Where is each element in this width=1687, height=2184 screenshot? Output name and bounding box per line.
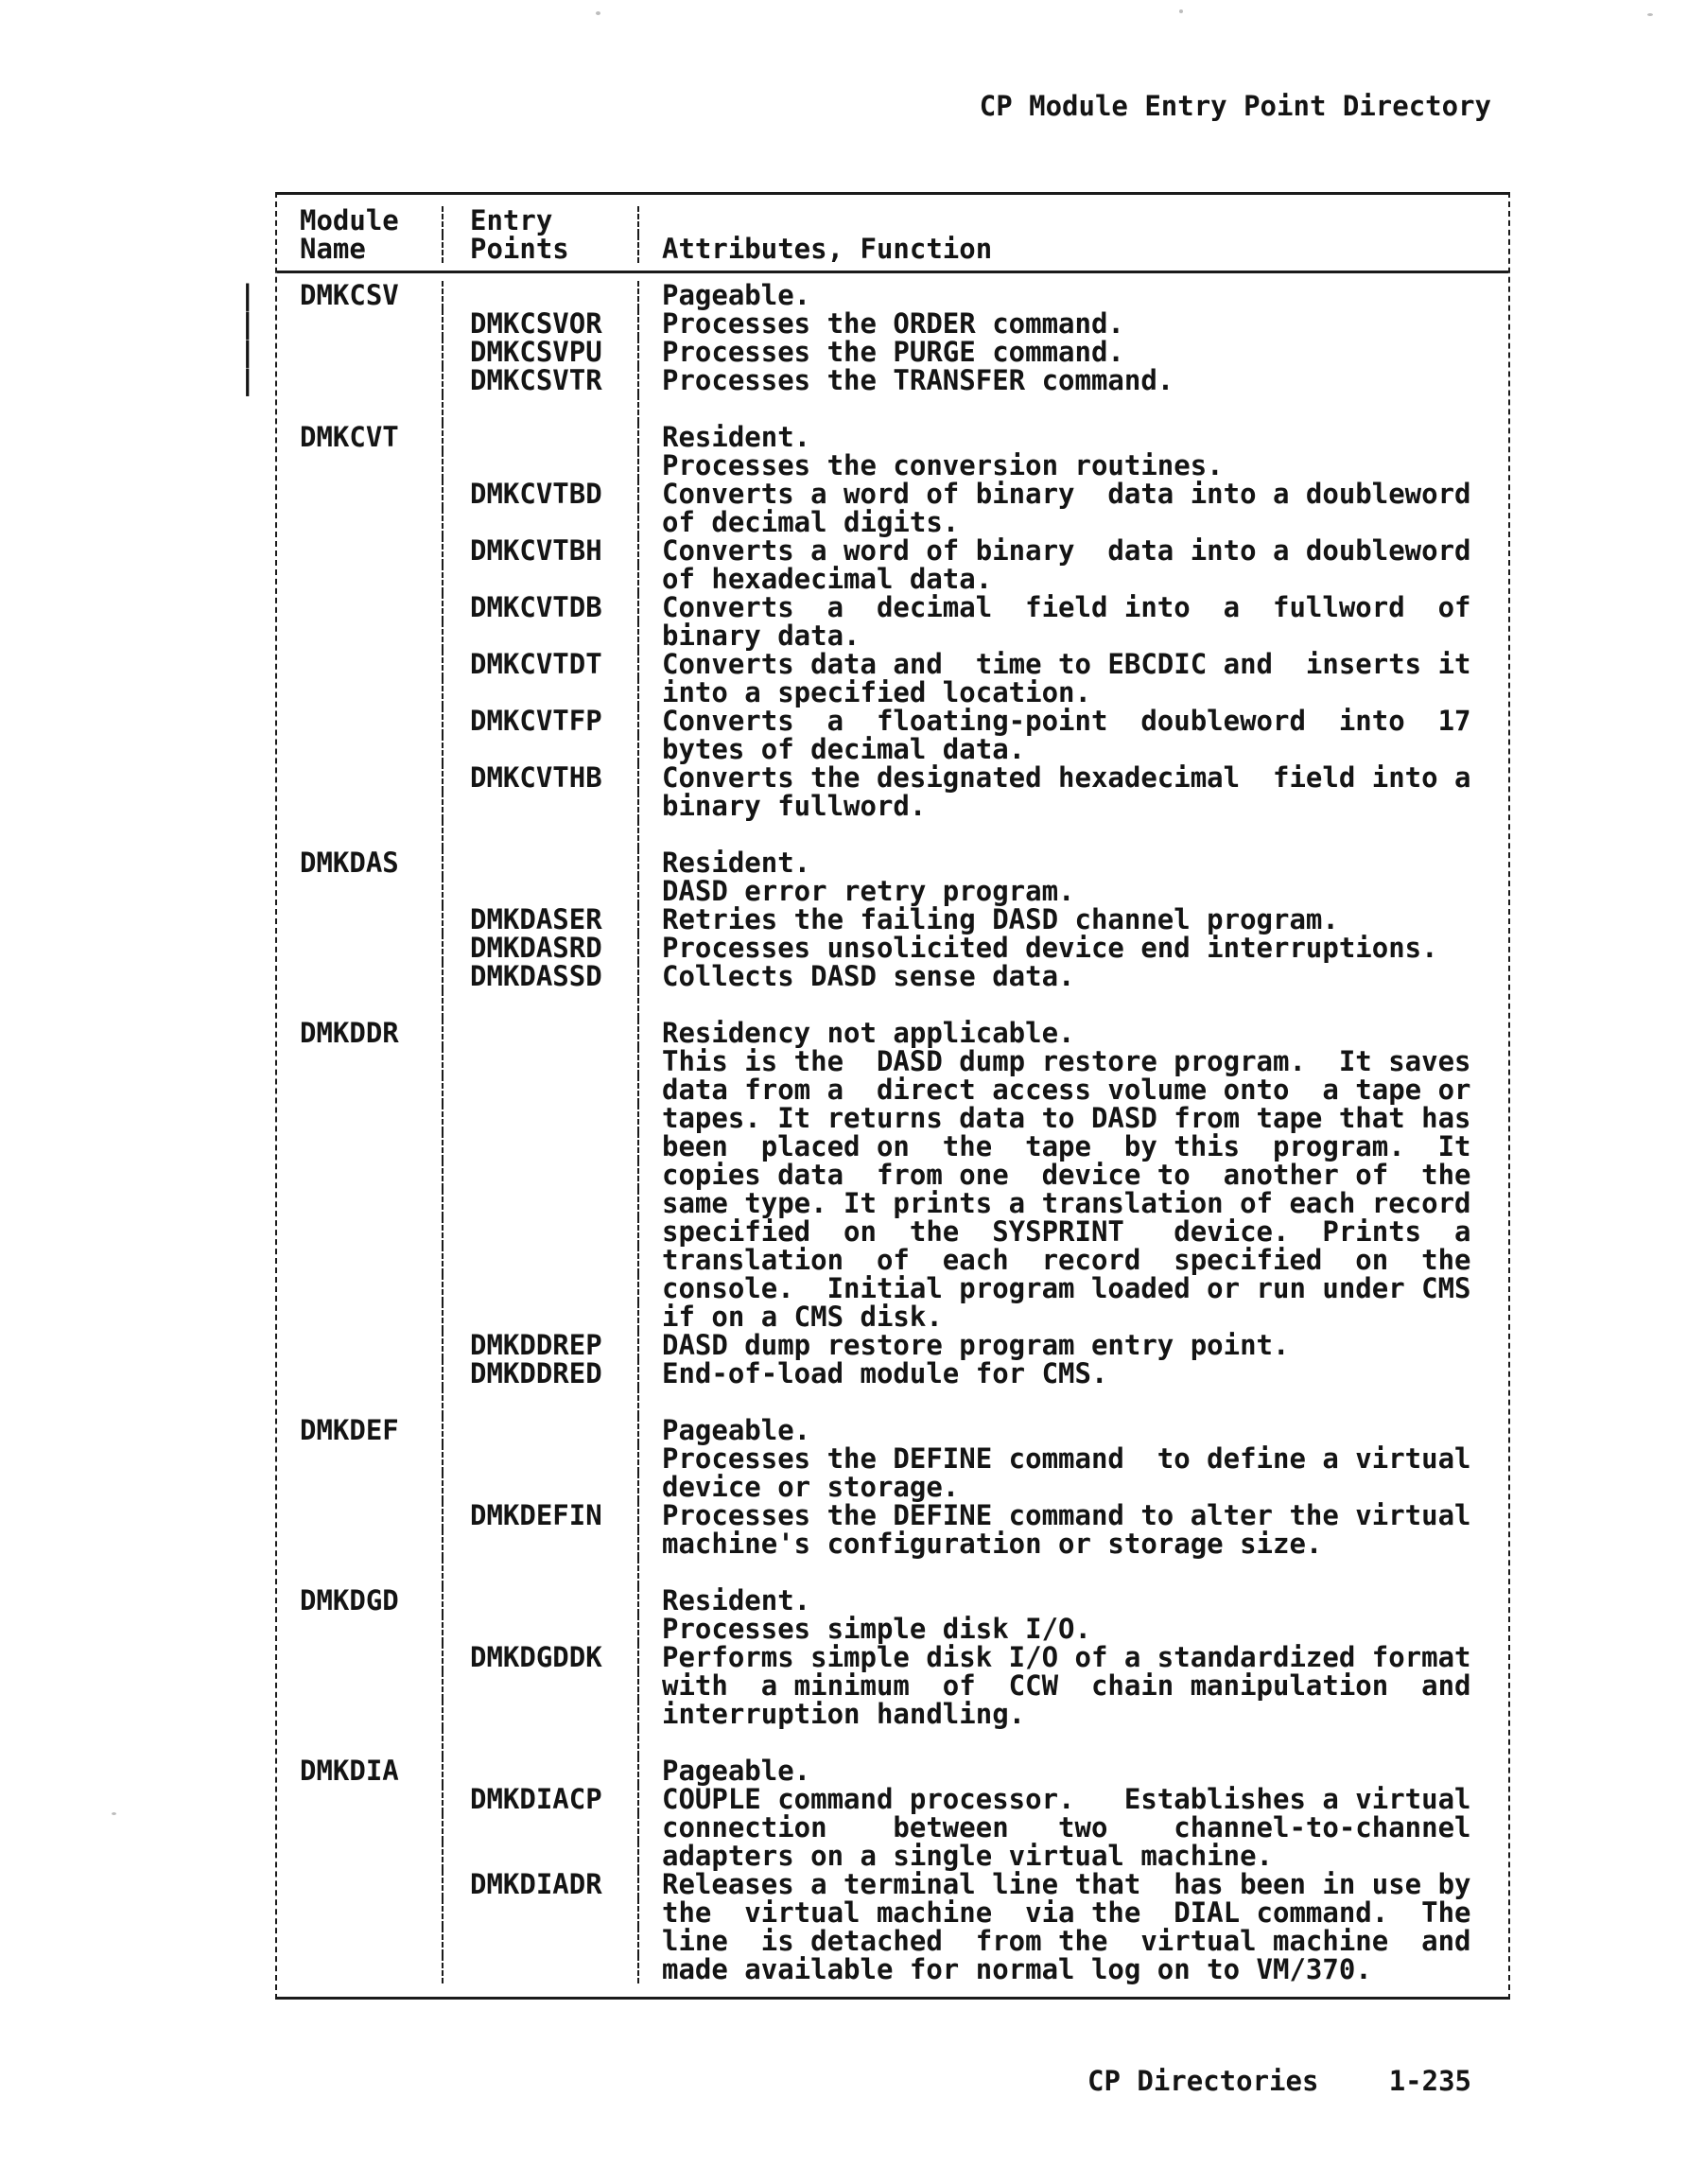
table-row: same type. It prints a translation of ea… <box>277 1189 1508 1217</box>
function-text-cell: Pageable. <box>637 1756 1508 1785</box>
function-text-cell: been placed on the tape by this program.… <box>637 1132 1508 1161</box>
entry-point-cell: DMKDASRD <box>442 934 637 962</box>
function-text-cell: same type. It prints a translation of ea… <box>637 1189 1508 1217</box>
entry-point-cell <box>442 1586 637 1615</box>
entry-point-cell <box>442 508 637 536</box>
entry-point-cell <box>442 735 637 763</box>
table-row: DMKDEFPageable. <box>277 1416 1508 1444</box>
function-text-cell: Performs simple disk I/O of a standardiz… <box>637 1643 1508 1671</box>
function-text-cell: Processes simple disk I/O. <box>637 1615 1508 1643</box>
entry-point-cell <box>442 394 637 423</box>
footer-section-title: CP Directories <box>1087 2066 1318 2096</box>
entry-point-cell <box>442 1529 637 1558</box>
entry-point-cell <box>442 1189 637 1217</box>
entry-point-cell: DMKCVTDT <box>442 650 637 678</box>
table-row: data from a direct access volume onto a … <box>277 1075 1508 1104</box>
function-text-cell: bytes of decimal data. <box>637 735 1508 763</box>
entry-point-cell: DMKDGDDK <box>442 1643 637 1671</box>
function-text-cell: Residency not applicable. <box>637 1019 1508 1047</box>
table-row: line is detached from the virtual machin… <box>277 1927 1508 1955</box>
scan-speck <box>112 1812 116 1815</box>
table-row <box>277 394 1508 423</box>
scan-speck <box>1179 9 1183 13</box>
entry-point-cell <box>442 877 637 905</box>
column-header-entry: Entry <box>442 206 637 235</box>
entry-point-cell <box>442 1756 637 1785</box>
entry-point-cell <box>442 1842 637 1870</box>
table-header-row: Module Entry <box>277 206 1508 235</box>
scan-speck <box>1647 13 1653 16</box>
module-name-cell <box>277 1473 442 1501</box>
scan-speck <box>596 11 600 15</box>
page-title: CP Module Entry Point Directory <box>980 91 1491 121</box>
module-name-cell <box>277 1501 442 1529</box>
table-row <box>277 990 1508 1019</box>
module-name-cell <box>277 366 442 394</box>
table-row: DMKDGDDKPerforms simple disk I/O of a st… <box>277 1643 1508 1671</box>
module-name-cell <box>277 1331 442 1359</box>
function-text-cell: Converts a word of binary data into a do… <box>637 536 1508 565</box>
column-header-attributes <box>637 206 1508 235</box>
module-name-cell <box>277 1047 442 1075</box>
module-name-cell <box>277 962 442 990</box>
function-text-cell: the virtual machine via the DIAL command… <box>637 1898 1508 1927</box>
entry-point-cell <box>442 1700 637 1728</box>
function-text-cell: Processes the TRANSFER command. <box>637 366 1508 394</box>
function-text-cell: machine's configuration or storage size. <box>637 1529 1508 1558</box>
function-text-cell: if on a CMS disk. <box>637 1302 1508 1331</box>
function-text-cell: specified on the SYSPRINT device. Prints… <box>637 1217 1508 1246</box>
table-row: if on a CMS disk. <box>277 1302 1508 1331</box>
function-text-cell: Pageable. <box>637 281 1508 309</box>
table-row: |DMKCSVPageable. <box>277 281 1508 309</box>
module-name-cell <box>277 678 442 707</box>
module-name-cell: DMKDIA <box>277 1756 442 1785</box>
entry-point-cell <box>442 1302 637 1331</box>
function-text-cell <box>637 1558 1508 1586</box>
table-row: into a specified location. <box>277 678 1508 707</box>
module-name-cell <box>277 934 442 962</box>
function-text-cell: translation of each record specified on … <box>637 1246 1508 1274</box>
table-row: machine's configuration or storage size. <box>277 1529 1508 1558</box>
table-row <box>277 820 1508 848</box>
module-name-cell <box>277 1927 442 1955</box>
table-row: DMKCVTFPConverts a floating-point double… <box>277 707 1508 735</box>
function-text-cell: adapters on a single virtual machine. <box>637 1842 1508 1870</box>
table-row: DMKDASSDCollects DASD sense data. <box>277 962 1508 990</box>
function-text-cell: Collects DASD sense data. <box>637 962 1508 990</box>
module-name-cell <box>277 1785 442 1813</box>
module-name-cell <box>277 820 442 848</box>
table-row: DMKDASERRetries the failing DASD channel… <box>277 905 1508 934</box>
module-name-cell <box>277 1529 442 1558</box>
module-name-cell <box>277 1217 442 1246</box>
module-name-cell <box>277 565 442 593</box>
entry-point-cell <box>442 678 637 707</box>
module-directory-table: Module Entry Name Points Attributes, Fun… <box>275 192 1510 2000</box>
function-text-cell: Processes the DEFINE command to alter th… <box>637 1501 1508 1529</box>
module-name-cell <box>277 480 442 508</box>
module-name-cell <box>277 1274 442 1302</box>
entry-point-cell: DMKCVTFP <box>442 707 637 735</box>
entry-point-cell <box>442 1019 637 1047</box>
entry-point-cell: DMKDASER <box>442 905 637 934</box>
table-row: made available for normal log on to VM/3… <box>277 1955 1508 1983</box>
entry-point-cell: DMKDDREP <box>442 1331 637 1359</box>
entry-point-cell <box>442 621 637 650</box>
module-name-cell <box>277 1813 442 1842</box>
entry-point-cell <box>442 1075 637 1104</box>
table-body: |DMKCSVPageable.|DMKCSVORProcesses the O… <box>277 273 1508 1997</box>
table-row: This is the DASD dump restore program. I… <box>277 1047 1508 1075</box>
module-name-cell <box>277 508 442 536</box>
module-name-cell <box>277 1359 442 1388</box>
module-name-cell <box>277 1898 442 1927</box>
table-row: interruption handling. <box>277 1700 1508 1728</box>
table-row: DMKDASResident. <box>277 848 1508 877</box>
entry-point-cell <box>442 1217 637 1246</box>
entry-point-cell <box>442 1047 637 1075</box>
function-text-cell <box>637 820 1508 848</box>
entry-point-cell <box>442 1104 637 1132</box>
module-name-cell <box>277 1615 442 1643</box>
table-row: |DMKCSVTRProcesses the TRANSFER command. <box>277 366 1508 394</box>
module-name-cell <box>277 1189 442 1217</box>
entry-point-cell: DMKCVTBD <box>442 480 637 508</box>
entry-point-cell <box>442 1728 637 1756</box>
table-row: connection between two channel-to-channe… <box>277 1813 1508 1842</box>
table-row: bytes of decimal data. <box>277 735 1508 763</box>
module-name-cell <box>277 990 442 1019</box>
module-name-cell <box>277 1132 442 1161</box>
table-row: DMKDIADRReleases a terminal line that ha… <box>277 1870 1508 1898</box>
module-name-cell <box>277 1104 442 1132</box>
function-text-cell: into a specified location. <box>637 678 1508 707</box>
module-name-cell <box>277 593 442 621</box>
entry-point-cell <box>442 451 637 480</box>
module-name-cell <box>277 1388 442 1416</box>
table-row: DMKCVTHBConverts the designated hexadeci… <box>277 763 1508 792</box>
table-row: device or storage. <box>277 1473 1508 1501</box>
table-row: Processes the conversion routines. <box>277 451 1508 480</box>
module-name-cell <box>277 905 442 934</box>
function-text-cell: Processes unsolicited device end interru… <box>637 934 1508 962</box>
table-row: been placed on the tape by this program.… <box>277 1132 1508 1161</box>
entry-point-cell: DMKCSVOR <box>442 309 637 338</box>
change-bar: | <box>239 338 262 366</box>
module-name-cell <box>277 1643 442 1671</box>
function-text-cell: DASD dump restore program entry point. <box>637 1331 1508 1359</box>
table-row: binary fullword. <box>277 792 1508 820</box>
table-row: Processes the DEFINE command to define a… <box>277 1444 1508 1473</box>
module-name-cell <box>277 1870 442 1898</box>
entry-point-cell <box>442 1416 637 1444</box>
entry-point-cell <box>442 820 637 848</box>
module-name-cell <box>277 707 442 735</box>
entry-point-cell <box>442 1898 637 1927</box>
table-row <box>277 1558 1508 1586</box>
column-header-module-name: Name <box>277 235 442 263</box>
entry-point-cell: DMKCVTBH <box>442 536 637 565</box>
function-text-cell: data from a direct access volume onto a … <box>637 1075 1508 1104</box>
function-text-cell: line is detached from the virtual machin… <box>637 1927 1508 1955</box>
document-page: CP Module Entry Point Directory Module E… <box>0 0 1687 2184</box>
entry-point-cell <box>442 565 637 593</box>
table-row: DMKDDRResidency not applicable. <box>277 1019 1508 1047</box>
entry-point-cell <box>442 1955 637 1983</box>
module-name-cell <box>277 309 442 338</box>
function-text-cell: console. Initial program loaded or run u… <box>637 1274 1508 1302</box>
function-text-cell: of hexadecimal data. <box>637 565 1508 593</box>
function-text-cell <box>637 394 1508 423</box>
entry-point-cell <box>442 1473 637 1501</box>
table-row: DMKCVTBHConverts a word of binary data i… <box>277 536 1508 565</box>
function-text-cell: Processes the ORDER command. <box>637 309 1508 338</box>
table-row: |DMKCSVORProcesses the ORDER command. <box>277 309 1508 338</box>
column-header-module: Module <box>277 206 442 235</box>
module-name-cell <box>277 1246 442 1274</box>
module-name-cell <box>277 1075 442 1104</box>
module-name-cell <box>277 1161 442 1189</box>
footer-page-number: 1-235 <box>1389 2066 1471 2096</box>
entry-point-cell <box>442 1671 637 1700</box>
table-row: copies data from one device to another o… <box>277 1161 1508 1189</box>
module-name-cell <box>277 1955 442 1983</box>
entry-point-cell: DMKDIACP <box>442 1785 637 1813</box>
table-row <box>277 1388 1508 1416</box>
entry-point-cell <box>442 1444 637 1473</box>
function-text-cell: Converts a word of binary data into a do… <box>637 480 1508 508</box>
table-header-row: Name Points Attributes, Function <box>277 235 1508 263</box>
module-name-cell <box>277 1444 442 1473</box>
table-row: DMKDGDResident. <box>277 1586 1508 1615</box>
column-header-attributes-function: Attributes, Function <box>637 235 1508 263</box>
entry-point-cell <box>442 281 637 309</box>
function-text-cell: Processes the conversion routines. <box>637 451 1508 480</box>
column-header-entry-points: Points <box>442 235 637 263</box>
module-name-cell: DMKDAS <box>277 848 442 877</box>
function-text-cell: made available for normal log on to VM/3… <box>637 1955 1508 1983</box>
module-name-cell <box>277 792 442 820</box>
module-name-cell: DMKDDR <box>277 1019 442 1047</box>
function-text-cell: Pageable. <box>637 1416 1508 1444</box>
module-name-cell <box>277 650 442 678</box>
function-text-cell: Resident. <box>637 848 1508 877</box>
module-name-cell <box>277 451 442 480</box>
function-text-cell: End-of-load module for CMS. <box>637 1359 1508 1388</box>
function-text-cell: Converts data and time to EBCDIC and ins… <box>637 650 1508 678</box>
function-text-cell: interruption handling. <box>637 1700 1508 1728</box>
function-text-cell: tapes. It returns data to DASD from tape… <box>637 1104 1508 1132</box>
change-bar: | <box>239 281 262 309</box>
table-row: DMKCVTResident. <box>277 423 1508 451</box>
table-row: binary data. <box>277 621 1508 650</box>
table-row: DMKCVTBDConverts a word of binary data i… <box>277 480 1508 508</box>
function-text-cell: Retries the failing DASD channel program… <box>637 905 1508 934</box>
function-text-cell: device or storage. <box>637 1473 1508 1501</box>
table-row: DMKDASRDProcesses unsolicited device end… <box>277 934 1508 962</box>
function-text-cell: Releases a terminal line that has been i… <box>637 1870 1508 1898</box>
module-name-cell <box>277 1302 442 1331</box>
entry-point-cell <box>442 423 637 451</box>
function-text-cell: Resident. <box>637 1586 1508 1615</box>
module-name-cell: DMKDGD <box>277 1586 442 1615</box>
module-name-cell <box>277 1558 442 1586</box>
module-name-cell <box>277 536 442 565</box>
function-text-cell: Processes the DEFINE command to define a… <box>637 1444 1508 1473</box>
table-row: DMKDDREDEnd-of-load module for CMS. <box>277 1359 1508 1388</box>
function-text-cell: of decimal digits. <box>637 508 1508 536</box>
entry-point-cell <box>442 848 637 877</box>
entry-point-cell <box>442 1927 637 1955</box>
module-name-cell: DMKCSV <box>277 281 442 309</box>
module-name-cell <box>277 877 442 905</box>
table-row: adapters on a single virtual machine. <box>277 1842 1508 1870</box>
function-text-cell: Converts the designated hexadecimal fiel… <box>637 763 1508 792</box>
table-row: specified on the SYSPRINT device. Prints… <box>277 1217 1508 1246</box>
module-name-cell <box>277 1728 442 1756</box>
change-bar: | <box>239 366 262 394</box>
table-header: Module Entry Name Points Attributes, Fun… <box>277 195 1508 271</box>
table-row: DMKDIAPageable. <box>277 1756 1508 1785</box>
function-text-cell <box>637 1388 1508 1416</box>
function-text-cell: binary fullword. <box>637 792 1508 820</box>
module-name-cell: DMKDEF <box>277 1416 442 1444</box>
function-text-cell: Converts a decimal field into a fullword… <box>637 593 1508 621</box>
function-text-cell: connection between two channel-to-channe… <box>637 1813 1508 1842</box>
entry-point-cell <box>442 1246 637 1274</box>
entry-point-cell: DMKDASSD <box>442 962 637 990</box>
function-text-cell: binary data. <box>637 621 1508 650</box>
table-row: DMKDIACPCOUPLE command processor. Establ… <box>277 1785 1508 1813</box>
entry-point-cell <box>442 1813 637 1842</box>
page-footer: CP Directories 1-235 <box>1087 2066 1471 2096</box>
function-text-cell: Resident. <box>637 423 1508 451</box>
entry-point-cell: DMKDEFIN <box>442 1501 637 1529</box>
module-name-cell <box>277 763 442 792</box>
table-row <box>277 1728 1508 1756</box>
entry-point-cell <box>442 990 637 1019</box>
change-bar: | <box>239 309 262 338</box>
entry-point-cell <box>442 1615 637 1643</box>
table-row: |DMKCSVPUProcesses the PURGE command. <box>277 338 1508 366</box>
module-name-cell <box>277 621 442 650</box>
function-text-cell: COUPLE command processor. Establishes a … <box>637 1785 1508 1813</box>
entry-point-cell <box>442 1274 637 1302</box>
entry-point-cell <box>442 1132 637 1161</box>
module-name-cell <box>277 1700 442 1728</box>
table-row: Processes simple disk I/O. <box>277 1615 1508 1643</box>
entry-point-cell: DMKCSVTR <box>442 366 637 394</box>
table-row: with a minimum of CCW chain manipulation… <box>277 1671 1508 1700</box>
entry-point-cell: DMKCSVPU <box>442 338 637 366</box>
module-name-cell <box>277 1671 442 1700</box>
table-row: console. Initial program loaded or run u… <box>277 1274 1508 1302</box>
table-row: tapes. It returns data to DASD from tape… <box>277 1104 1508 1132</box>
table-row: DMKCVTDTConverts data and time to EBCDIC… <box>277 650 1508 678</box>
function-text-cell <box>637 990 1508 1019</box>
function-text-cell: with a minimum of CCW chain manipulation… <box>637 1671 1508 1700</box>
table-row: DASD error retry program. <box>277 877 1508 905</box>
table-row: DMKDEFINProcesses the DEFINE command to … <box>277 1501 1508 1529</box>
module-name-cell <box>277 735 442 763</box>
function-text-cell <box>637 1728 1508 1756</box>
entry-point-cell: DMKCVTDB <box>442 593 637 621</box>
entry-point-cell: DMKDDRED <box>442 1359 637 1388</box>
entry-point-cell: DMKDIADR <box>442 1870 637 1898</box>
module-name-cell <box>277 338 442 366</box>
function-text-cell: Converts a floating-point doubleword int… <box>637 707 1508 735</box>
entry-point-cell: DMKCVTHB <box>442 763 637 792</box>
entry-point-cell <box>442 1161 637 1189</box>
function-text-cell: copies data from one device to another o… <box>637 1161 1508 1189</box>
module-name-cell <box>277 1842 442 1870</box>
function-text-cell: DASD error retry program. <box>637 877 1508 905</box>
module-name-cell: DMKCVT <box>277 423 442 451</box>
function-text-cell: Processes the PURGE command. <box>637 338 1508 366</box>
table-row: of decimal digits. <box>277 508 1508 536</box>
entry-point-cell <box>442 1558 637 1586</box>
table-row: DMKDDREPDASD dump restore program entry … <box>277 1331 1508 1359</box>
function-text-cell: This is the DASD dump restore program. I… <box>637 1047 1508 1075</box>
table-row: DMKCVTDBConverts a decimal field into a … <box>277 593 1508 621</box>
entry-point-cell <box>442 1388 637 1416</box>
table-row: translation of each record specified on … <box>277 1246 1508 1274</box>
module-name-cell <box>277 394 442 423</box>
table-row: the virtual machine via the DIAL command… <box>277 1898 1508 1927</box>
table-row: of hexadecimal data. <box>277 565 1508 593</box>
entry-point-cell <box>442 792 637 820</box>
